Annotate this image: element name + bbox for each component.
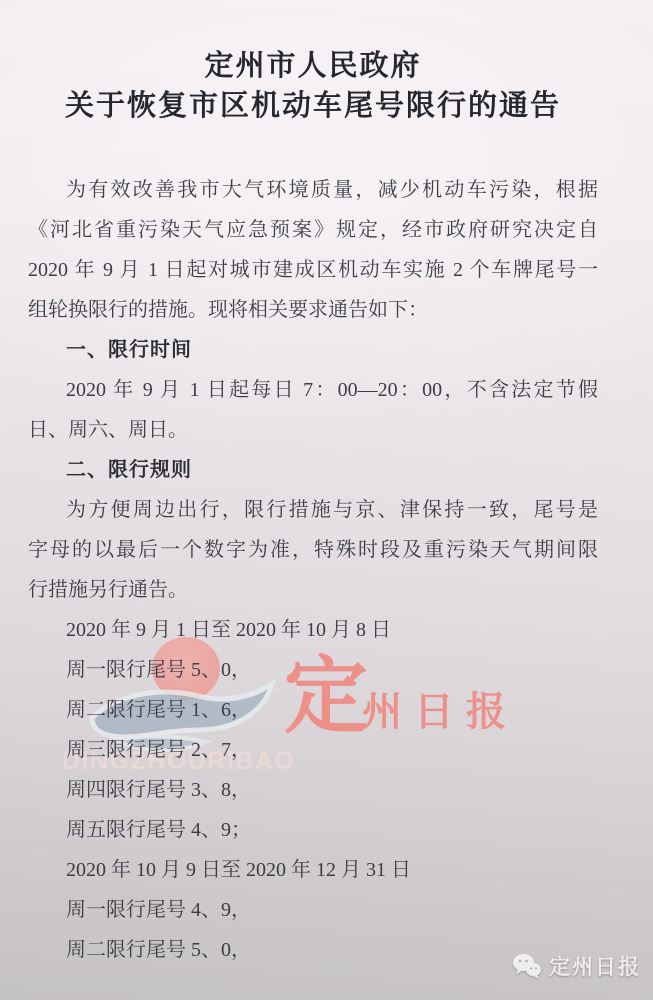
text-line: 2020 年 9 月 1 日起对城市建成区机动车实施 2 个车牌尾号一 bbox=[28, 250, 598, 290]
text-line: 为有效改善我市大气环境质量，减少机动车污染，根据 bbox=[28, 170, 598, 210]
restriction-line: 周四限行尾号 3、8， bbox=[28, 770, 598, 810]
restriction-line: 周一限行尾号 4、9， bbox=[28, 890, 598, 930]
text-line: 2020 年 9 月 1 日起每日 7：00—20：00，不含法定节假 bbox=[28, 370, 598, 410]
text-line: 字母的以最后一个数字为准，特殊时段及重污染天气期间限 bbox=[28, 530, 598, 570]
document-photo: 定 州日报 DINGZHOURIBAO 定州市人民政府 关于恢复市区机动车尾号限… bbox=[0, 0, 653, 1000]
section-heading: 一、限行时间 bbox=[28, 330, 598, 370]
notice-body: 为有效改善我市大气环境质量，减少机动车污染，根据 《河北省重污染天气应急预案》规… bbox=[28, 170, 598, 970]
date-range-line: 2020 年 9 月 1 日至 2020 年 10 月 8 日 bbox=[28, 610, 598, 650]
restriction-line: 周五限行尾号 4、9； bbox=[28, 810, 598, 850]
text-line: 组轮换限行的措施。现将相关要求通告如下： bbox=[28, 290, 598, 330]
text-line: 《河北省重污染天气应急预案》规定，经市政府研究决定自 bbox=[28, 210, 598, 250]
restriction-line: 周三限行尾号 2、7， bbox=[28, 730, 598, 770]
text-line: 日、周六、周日。 bbox=[28, 410, 598, 450]
notice-title-line1: 定州市人民政府 bbox=[28, 46, 598, 86]
restriction-line: 周一限行尾号 5、0， bbox=[28, 650, 598, 690]
section-heading: 二、限行规则 bbox=[28, 450, 598, 490]
text-line: 行措施另行通告。 bbox=[28, 570, 598, 610]
wechat-watermark: 定州日报 bbox=[512, 951, 641, 981]
notice-text: 定州市人民政府 关于恢复市区机动车尾号限行的通告 为有效改善我市大气环境质量，减… bbox=[28, 0, 598, 970]
restriction-line: 周二限行尾号 1、6， bbox=[28, 690, 598, 730]
wechat-watermark-label: 定州日报 bbox=[549, 951, 641, 981]
wechat-icon bbox=[512, 953, 542, 979]
date-range-line: 2020 年 10 月 9 日至 2020 年 12 月 31 日 bbox=[28, 850, 598, 890]
text-line: 为方便周边出行，限行措施与京、津保持一致，尾号是 bbox=[28, 490, 598, 530]
notice-title: 定州市人民政府 关于恢复市区机动车尾号限行的通告 bbox=[28, 0, 598, 126]
notice-title-line2: 关于恢复市区机动车尾号限行的通告 bbox=[28, 86, 598, 126]
